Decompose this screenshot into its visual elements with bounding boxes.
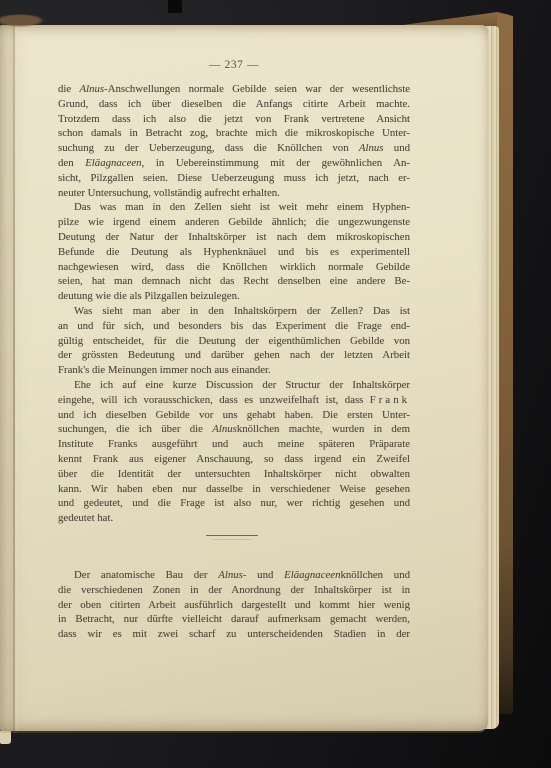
text-segment: Der anatomische Bau der bbox=[74, 569, 218, 581]
text-segment: nachgewiesen wird, dass die Knöllchen wi… bbox=[58, 261, 410, 273]
book-cover-edge bbox=[497, 14, 513, 714]
text-segment: knöllchen machte, wurden in dem bbox=[237, 423, 410, 435]
text-line: seien, hat man demnach nicht das Recht d… bbox=[58, 274, 410, 289]
text-segment: und ich dieselben Gebilde vor uns gehabt… bbox=[58, 409, 410, 421]
text-line: dass wir es mit zwei scharf zu untersche… bbox=[58, 627, 410, 642]
text-segment: eingehe, will ich vorausschicken, dass e… bbox=[58, 394, 370, 406]
text-segment: der grössten Bedeutung und darüber gehen… bbox=[58, 349, 410, 361]
text-line: Das was man in den Zellen sieht ist weit… bbox=[58, 200, 410, 215]
text-segment: der oben citirten Arbeit ausführlich dar… bbox=[58, 599, 410, 611]
text-segment: an und für sich, und besonders bis das E… bbox=[58, 320, 410, 332]
text-line: pilze wie irgend einem anderen Gebilde ä… bbox=[58, 215, 410, 230]
italic-term: Eläagnaceen bbox=[284, 569, 340, 581]
background-notch bbox=[168, 0, 182, 13]
text-segment: suchungen, die ich über die bbox=[58, 423, 212, 435]
italic-term: Alnus bbox=[212, 423, 237, 435]
text-segment: kennt Frank aus eigener Anschauung, so d… bbox=[58, 453, 410, 465]
text-line: Institute Franks ausgeführt und auch mei… bbox=[58, 437, 410, 452]
text-segment: , in Uebereinstimmung mit der gewöhnlich… bbox=[142, 157, 410, 169]
text-segment: Ehe ich auf eine kurze Discussion der St… bbox=[74, 379, 410, 391]
book-page: — 237 — die Alnus-Anschwellungen normale… bbox=[0, 25, 488, 731]
text-segment: Was sieht man aber in den Inhaltskörpern… bbox=[74, 305, 410, 317]
italic-term: Alnus bbox=[80, 83, 105, 95]
text-line: neuter Untersuchung, vollständig aufrech… bbox=[58, 186, 410, 201]
text-line: Frank's die Meinungen immer noch aus ein… bbox=[58, 363, 410, 378]
text-line: den Eläagnaceen, in Uebereinstimmung mit… bbox=[58, 156, 410, 171]
text-line: gültig entscheidet, für die Deutung der … bbox=[58, 334, 410, 349]
page-number: — 237 — bbox=[58, 59, 410, 74]
text-block-lower: Der anatomische Bau der Alnus- und Eläag… bbox=[58, 568, 410, 642]
text-line: suchung zu der Ueberzeugung, dass die Kn… bbox=[58, 141, 410, 156]
text-segment: sicht, Pilzgallen seien. Diese Ueberzeug… bbox=[58, 172, 410, 184]
letterspaced-name: Frank bbox=[370, 394, 410, 406]
book-photo: — 237 — die Alnus-Anschwellungen normale… bbox=[0, 0, 551, 768]
text-segment: knöllchen und bbox=[340, 569, 410, 581]
text-segment: -Anschwellungen normale Gebilde seien wa… bbox=[104, 83, 410, 95]
text-line: und gedeutet, und die Frage ist also nur… bbox=[58, 496, 410, 511]
text-line: Deutung der Natur der Inhaltskörper ist … bbox=[58, 230, 410, 245]
text-segment: gültig entscheidet, für die Deutung der … bbox=[58, 335, 410, 347]
section-divider-echo bbox=[212, 539, 252, 540]
text-segment: Trotzdem dass ich also die jetzt von Fra… bbox=[58, 113, 410, 125]
text-line: gedeutet hat. bbox=[58, 511, 410, 526]
text-segment: deutung wie die als Pilzgallen beizulege… bbox=[58, 290, 240, 302]
text-line: sicht, Pilzgallen seien. Diese Ueberzeug… bbox=[58, 171, 410, 186]
italic-term: Alnus bbox=[218, 569, 243, 581]
screenshot-root: { "book_page": { "page_number": "237", "… bbox=[0, 0, 551, 768]
text-segment: Das was man in den Zellen sieht ist weit… bbox=[74, 201, 410, 213]
text-line: Grund, dass ich über dieselben die Anfan… bbox=[58, 97, 410, 112]
text-segment: seien, hat man demnach nicht das Recht d… bbox=[58, 275, 410, 287]
text-line: in Betracht, nur dürfte vielleicht darau… bbox=[58, 612, 410, 627]
text-segment: suchung zu der Ueberzeugung, dass die Kn… bbox=[58, 142, 359, 154]
italic-term: Alnus bbox=[359, 142, 384, 154]
text-segment: Befunde die Deutung als Hyphenknäuel und… bbox=[58, 246, 410, 258]
text-line: eingehe, will ich vorausschicken, dass e… bbox=[58, 393, 410, 408]
text-segment: Institute Franks ausgeführt und auch mei… bbox=[58, 438, 410, 450]
section-divider-rule bbox=[206, 535, 258, 536]
text-line: Was sieht man aber in den Inhaltskörpern… bbox=[58, 304, 410, 319]
text-line: kennt Frank aus eigener Anschauung, so d… bbox=[58, 452, 410, 467]
text-line: Der anatomische Bau der Alnus- und Eläag… bbox=[58, 568, 410, 583]
text-line: die verschiedenen Zonen in der Anordnung… bbox=[58, 583, 410, 598]
text-segment: Deutung der Natur der Inhaltskörper ist … bbox=[58, 231, 410, 243]
text-segment: pilze wie irgend einem anderen Gebilde ä… bbox=[58, 216, 410, 228]
text-line: deutung wie die als Pilzgallen beizulege… bbox=[58, 289, 410, 304]
gutter-crease bbox=[13, 25, 15, 731]
text-segment: den bbox=[58, 157, 85, 169]
text-segment: über die Identität der untersuchten Inha… bbox=[58, 468, 410, 480]
text-line: kann. Wir haben eben nur dasselbe in ver… bbox=[58, 482, 410, 497]
text-segment: schon damals in Betracht zog, brachte mi… bbox=[58, 127, 410, 139]
text-block-upper: die Alnus-Anschwellungen normale Gebilde… bbox=[58, 82, 410, 526]
cover-smudge bbox=[0, 14, 44, 27]
lower-page-corner bbox=[0, 731, 11, 744]
text-segment: gedeutet hat. bbox=[58, 512, 113, 524]
text-line: nachgewiesen wird, dass die Knöllchen wi… bbox=[58, 260, 410, 275]
text-line: Befunde die Deutung als Hyphenknäuel und… bbox=[58, 245, 410, 260]
text-line: die Alnus-Anschwellungen normale Gebilde… bbox=[58, 82, 410, 97]
text-segment: dass wir es mit zwei scharf zu untersche… bbox=[58, 628, 410, 640]
text-line: Trotzdem dass ich also die jetzt von Fra… bbox=[58, 112, 410, 127]
text-segment: neuter Untersuchung, vollständig aufrech… bbox=[58, 187, 280, 199]
text-segment: und gedeutet, und die Frage ist also nur… bbox=[58, 497, 410, 509]
text-line: an und für sich, und besonders bis das E… bbox=[58, 319, 410, 334]
text-line: suchungen, die ich über die Alnusknöllch… bbox=[58, 422, 410, 437]
text-segment: kann. Wir haben eben nur dasselbe in ver… bbox=[58, 483, 410, 495]
text-line: über die Identität der untersuchten Inha… bbox=[58, 467, 410, 482]
text-segment: in Betracht, nur dürfte vielleicht darau… bbox=[58, 613, 410, 625]
text-segment: die bbox=[58, 83, 80, 95]
text-line: und ich dieselben Gebilde vor uns gehabt… bbox=[58, 408, 410, 423]
text-segment: die verschiedenen Zonen in der Anordnung… bbox=[58, 584, 410, 596]
text-line: der oben citirten Arbeit ausführlich dar… bbox=[58, 598, 410, 613]
text-segment: - und bbox=[243, 569, 284, 581]
text-segment: und bbox=[384, 142, 411, 154]
text-segment: Grund, dass ich über dieselben die Anfan… bbox=[58, 98, 410, 110]
text-line: Ehe ich auf eine kurze Discussion der St… bbox=[58, 378, 410, 393]
text-line: schon damals in Betracht zog, brachte mi… bbox=[58, 126, 410, 141]
text-segment: Frank's die Meinungen immer noch aus ein… bbox=[58, 364, 271, 376]
text-line: der grössten Bedeutung und darüber gehen… bbox=[58, 348, 410, 363]
italic-term: Eläagnaceen bbox=[85, 157, 141, 169]
